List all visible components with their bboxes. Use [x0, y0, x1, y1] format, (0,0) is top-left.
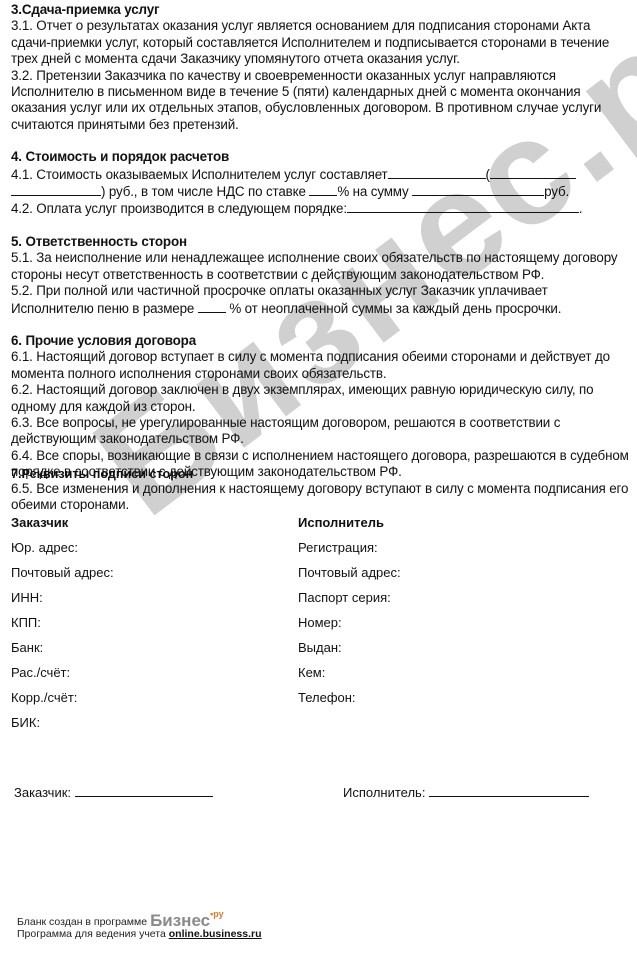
blank-vat-rate[interactable]: [309, 183, 337, 196]
section-title-requisites: 7.Реквизиты подписи сторон: [11, 467, 193, 481]
clause-4-1: 4.1. Стоимость оказываемых Исполнителем …: [11, 166, 631, 201]
footer-line-2: Программа для ведения учета online.busin…: [17, 928, 262, 940]
clause-text: 4.1. Стоимость оказываемых Исполнителем …: [11, 167, 388, 182]
field-bik: БИК:: [11, 715, 114, 740]
logo-superscript: •ру: [210, 909, 224, 919]
field-postal-address: Почтовый адрес:: [298, 565, 401, 590]
signature-label: Заказчик:: [14, 785, 71, 800]
document-page: Бизнес.ру 3.Сдача-приемка услуг 3.1. Отч…: [0, 0, 637, 960]
field-account: Рас./счёт:: [11, 665, 114, 690]
clause-text: 4.2. Оплата услуг производится в следующ…: [11, 201, 347, 216]
field-inn: ИНН:: [11, 590, 114, 615]
business-ru-logo: Бизнес•ру: [150, 911, 224, 930]
clause-text: % на сумму: [337, 184, 412, 199]
section-acceptance: 3.Сдача-приемка услуг 3.1. Отчет о резул…: [11, 2, 631, 133]
field-postal-address: Почтовый адрес:: [11, 565, 114, 590]
footer: Бланк создан в программеБизнес•ру Програ…: [17, 914, 262, 940]
blank-amount-words[interactable]: [490, 166, 576, 179]
customer-signature: Заказчик:: [14, 785, 213, 800]
section-title: 5. Ответственность сторон: [11, 234, 631, 250]
signature-label: Исполнитель:: [343, 785, 425, 800]
clause-4-2: 4.2. Оплата услуг производится в следующ…: [11, 200, 631, 217]
footer-line-1: Бланк создан в программеБизнес•ру: [17, 914, 262, 928]
section-title: 4. Стоимость и порядок расчетов: [11, 149, 631, 165]
clause-text: % от неоплаченной суммы за каждый день п…: [226, 301, 562, 316]
customer-requisites: Заказчик Юр. адрес: Почтовый адрес: ИНН:…: [11, 515, 114, 740]
field-legal-address: Юр. адрес:: [11, 540, 114, 565]
clause-3-2: 3.2. Претензии Заказчика по качеству и с…: [11, 68, 631, 134]
field-passport-number: Номер:: [298, 615, 401, 640]
logo-text: Бизнес: [150, 911, 210, 930]
blank-amount[interactable]: [388, 166, 486, 179]
blank-amount-words-cont[interactable]: [11, 183, 101, 196]
blank-vat-sum[interactable]: [412, 183, 544, 196]
clause-3-1: 3.1. Отчет о результатах оказания услуг …: [11, 18, 631, 67]
field-registration: Регистрация:: [298, 540, 401, 565]
blank-payment-order[interactable]: [347, 200, 579, 213]
field-issued-by: Кем:: [298, 665, 401, 690]
signature-line[interactable]: [429, 786, 589, 797]
clause-6-1: 6.1. Настоящий договор вступает в силу с…: [11, 349, 631, 382]
contract-body: 3.Сдача-приемка услуг 3.1. Отчет о резул…: [11, 2, 631, 513]
clause-text: руб.: [544, 184, 569, 199]
section-title: 6. Прочие условия договора: [11, 333, 631, 349]
section-other-terms: 6. Прочие условия договора 6.1. Настоящи…: [11, 333, 631, 513]
section-cost: 4. Стоимость и порядок расчетов 4.1. Сто…: [11, 149, 631, 218]
section-liability: 5. Ответственность сторон 5.1. За неиспо…: [11, 234, 631, 317]
contractor-signature: Исполнитель:: [343, 785, 589, 800]
clause-text: .: [579, 201, 583, 216]
blank-penalty-rate[interactable]: [198, 300, 226, 313]
clause-5-1: 5.1. За неисполнение или ненадлежащее ис…: [11, 250, 631, 283]
clause-6-3: 6.3. Все вопросы, не урегулированные нас…: [11, 415, 631, 448]
section-title: 3.Сдача-приемка услуг: [11, 2, 631, 18]
field-bank: Банк:: [11, 640, 114, 665]
contractor-heading: Исполнитель: [298, 515, 401, 540]
footer-text: Бланк создан в программе: [17, 916, 147, 928]
footer-text: Программа для ведения учета: [17, 928, 169, 940]
customer-heading: Заказчик: [11, 515, 114, 540]
signature-line[interactable]: [75, 786, 213, 797]
field-passport-series: Паспорт серия:: [298, 590, 401, 615]
field-issued: Выдан:: [298, 640, 401, 665]
contractor-requisites: Исполнитель Регистрация: Почтовый адрес:…: [298, 515, 401, 715]
field-corr-account: Корр./счёт:: [11, 690, 114, 715]
clause-6-5: 6.5. Все изменения и дополнения к настоя…: [11, 481, 631, 514]
clause-6-2: 6.2. Настоящий договор заключен в двух э…: [11, 382, 631, 415]
clause-text: ) руб., в том числе НДС по ставке: [101, 184, 309, 199]
field-phone: Телефон:: [298, 690, 401, 715]
clause-5-2: 5.2. При полной или частичной просрочке …: [11, 283, 631, 317]
field-kpp: КПП:: [11, 615, 114, 640]
